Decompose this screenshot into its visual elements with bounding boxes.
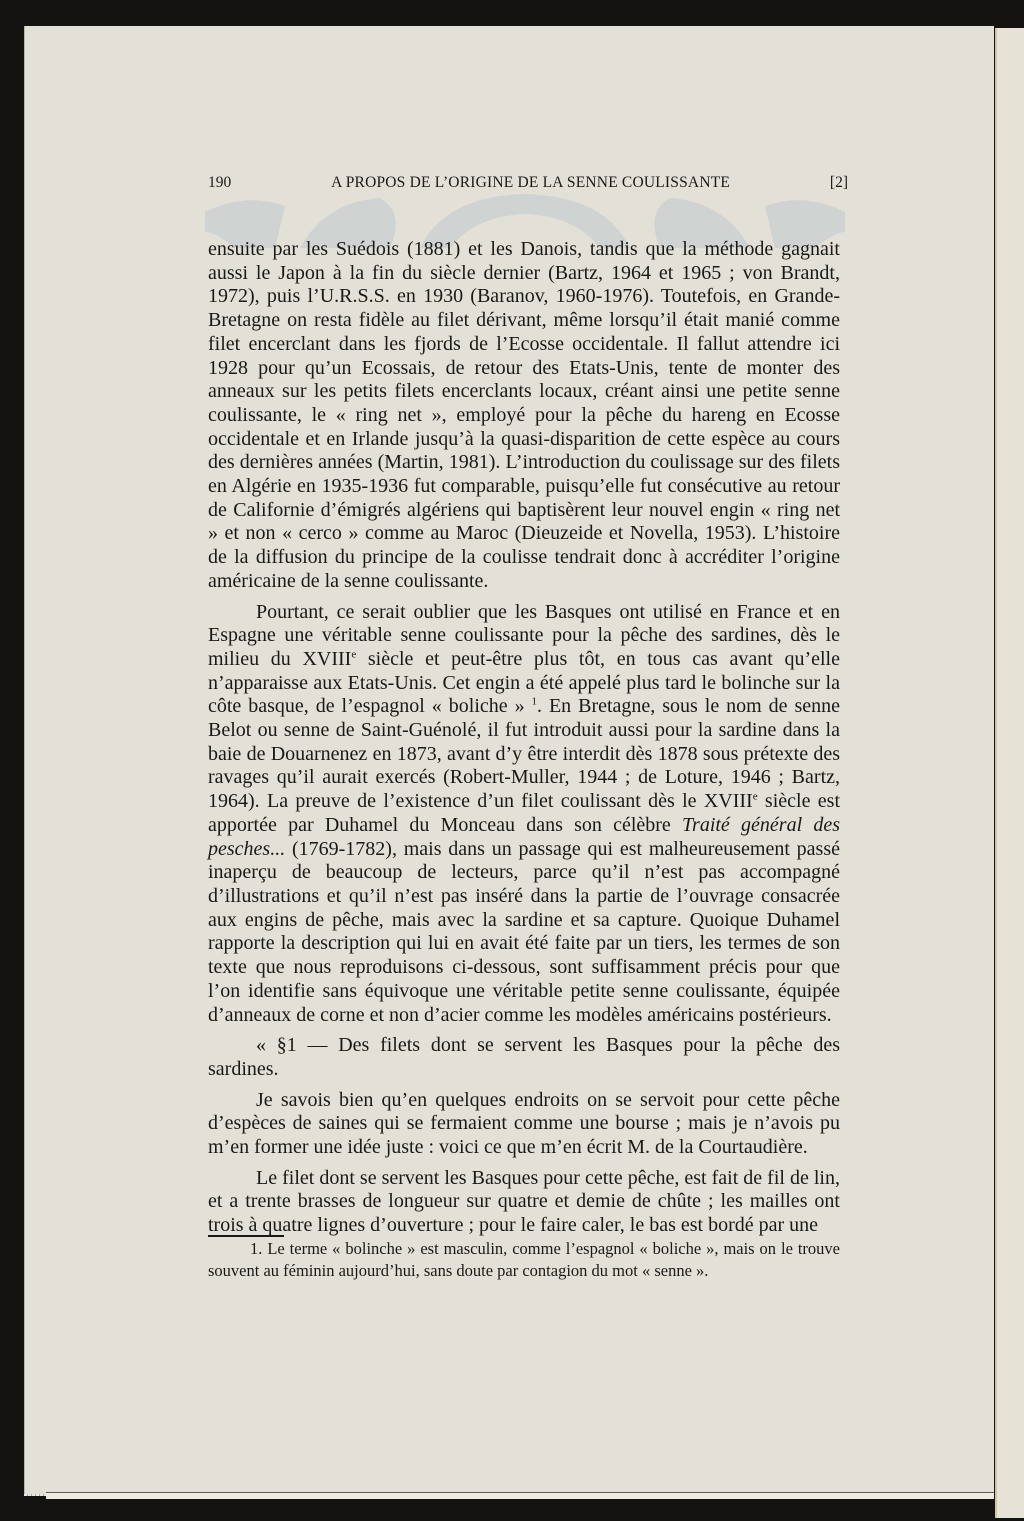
footnotes: 1. Le terme « bolinche » est masculin, c…: [208, 1238, 840, 1282]
quote-heading: « §1 — Des filets dont se servent les Ba…: [208, 1034, 840, 1081]
quote-paragraph-1: Je savois bien qu’en quelques endroits o…: [208, 1089, 840, 1160]
paragraph-basques: Pourtant, ce serait oublier que les Basq…: [208, 601, 840, 1028]
body-text: ensuite par les Suédois (1881) et les Da…: [208, 238, 840, 1238]
paragraph-continuation: ensuite par les Suédois (1881) et les Da…: [208, 238, 840, 594]
footnote-1: 1. Le terme « bolinche » est masculin, c…: [208, 1238, 840, 1282]
text-run: (1769-1782), mais dans un passage qui es…: [208, 838, 840, 1026]
quote-paragraph-2: Le filet dont se servent les Basques pou…: [208, 1167, 840, 1238]
page-number: 190: [208, 174, 231, 192]
page-bottom-edge: [46, 1492, 994, 1499]
facing-page-edge: [995, 28, 1024, 1518]
footnote-divider: [208, 1235, 284, 1237]
running-title: A PROPOS DE L’ORIGINE DE LA SENNE COULIS…: [331, 174, 730, 192]
section-marker: [2]: [830, 174, 848, 192]
running-header: 190 A PROPOS DE L’ORIGINE DE LA SENNE CO…: [208, 174, 848, 192]
